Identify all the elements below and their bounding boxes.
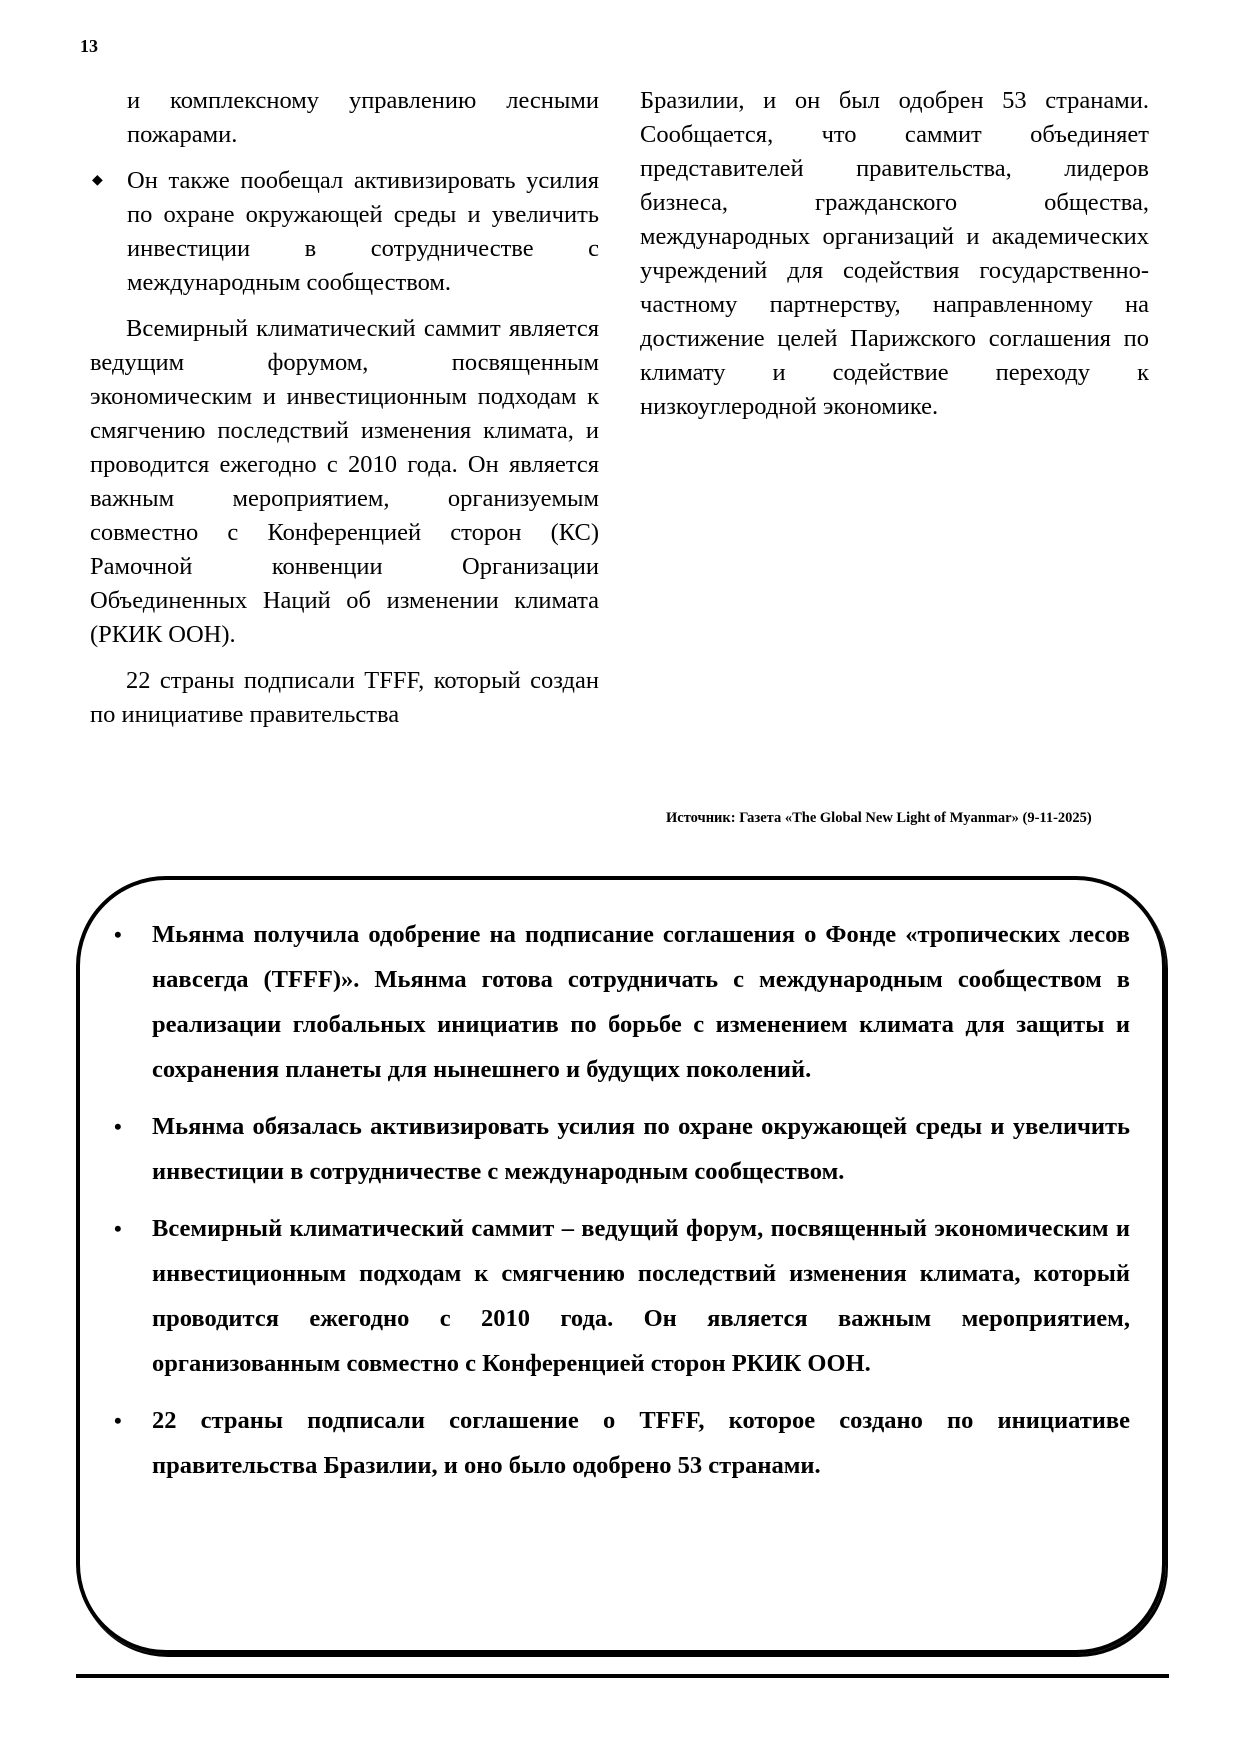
right-column: Бразилии, и он был одобрен 53 странами. … xyxy=(640,84,1149,436)
paragraph-summit: Всемирный климатический саммит является … xyxy=(90,312,599,652)
summary-item: •Мьянма получила одобрение на подписание… xyxy=(152,912,1130,1092)
bullet-text: Он также пообещал активизировать усилия … xyxy=(127,167,599,296)
paragraph-tfff: 22 страны подписали TFFF, который создан… xyxy=(90,664,599,732)
summary-item: •22 страны подписали соглашение о TFFF, … xyxy=(152,1398,1130,1488)
bullet-dot-icon: • xyxy=(114,1104,122,1149)
continuation-text: и комплексному управлению лесными пожара… xyxy=(90,84,599,152)
bullet-item: ◆ Он также пообещал активизировать усили… xyxy=(90,164,599,300)
left-column: и комплексному управлению лесными пожара… xyxy=(90,84,599,744)
page-number: 13 xyxy=(80,36,98,57)
bullet-dot-icon: • xyxy=(114,1206,122,1251)
source-citation: Источник: Газета «The Global New Light o… xyxy=(666,810,1092,827)
diamond-bullet-icon: ◆ xyxy=(92,164,103,198)
bullet-dot-icon: • xyxy=(114,1398,122,1443)
summary-item: •Мьянма обязалась активизировать усилия … xyxy=(152,1104,1130,1194)
summary-item: •Всемирный климатический саммит – ведущи… xyxy=(152,1206,1130,1386)
summary-list: •Мьянма получила одобрение на подписание… xyxy=(152,912,1130,1500)
bullet-dot-icon: • xyxy=(114,912,122,957)
paragraph-continuation: Бразилии, и он был одобрен 53 странами. … xyxy=(640,84,1149,424)
bottom-divider xyxy=(76,1674,1169,1678)
